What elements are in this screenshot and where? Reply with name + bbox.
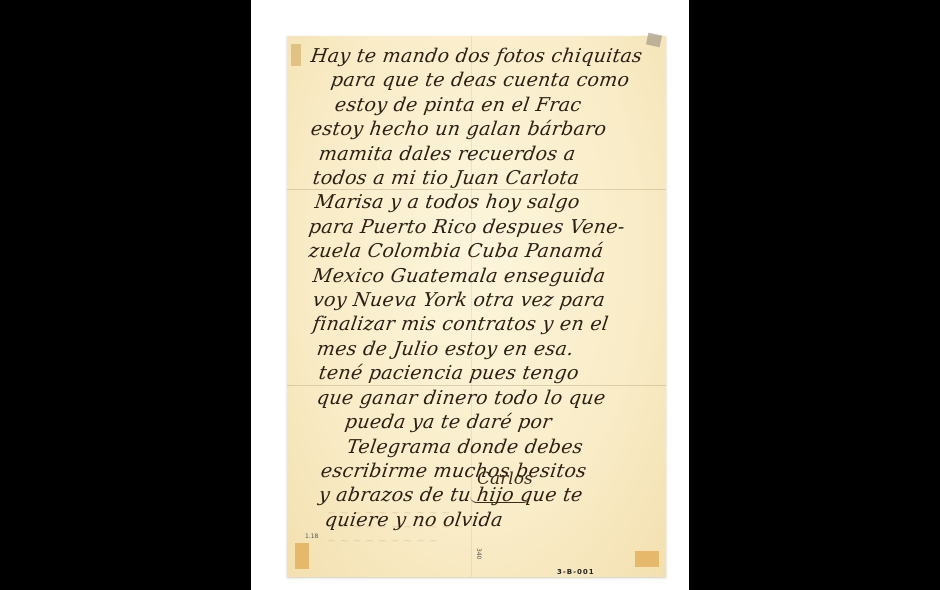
signature-underline — [470, 496, 530, 503]
letter-line: voy Nueva York otra vez para — [307, 288, 660, 312]
letter-line: estoy hecho un galan bárbaro — [307, 117, 660, 141]
letter-line: estoy de pinta en el Frac — [307, 93, 660, 117]
letter-line: para que te deas cuenta como — [307, 68, 660, 92]
letter-line: Mexico Guatemala enseguida — [307, 264, 660, 288]
letter-line: pueda ya te daré por — [307, 410, 660, 434]
margin-mark-center: 340 — [475, 548, 482, 559]
letter-paper: ~ ~ ~ ~ ~ ~ ~ ~ ~ ~ ~ ~ ~ ~ ~ ~ ~ ~ ~ ~ … — [287, 36, 666, 577]
catalog-number: 3-B-001 — [557, 568, 595, 576]
letter-line: zuela Colombia Cuba Panamá — [307, 239, 660, 263]
tape-bottom-left — [295, 543, 309, 569]
letter-line: para Puerto Rico despues Vene- — [307, 215, 660, 239]
letter-line: que ganar dinero todo lo que — [307, 386, 660, 410]
letter-line: Marisa y a todos hoy salgo — [307, 190, 660, 214]
letter-line: Telegrama donde debes — [307, 435, 660, 459]
letter-line: Hay te mando dos fotos chiquitas — [307, 44, 660, 68]
signature: Carlos — [477, 469, 533, 489]
letter-line: quiere y no olvida — [307, 508, 660, 532]
letter-body: Hay te mando dos fotos chiquitas para qu… — [309, 44, 659, 532]
margin-mark-left: 1.18 — [305, 533, 318, 540]
letter-line: finalizar mis contratos y en el — [307, 312, 660, 336]
letter-line: mes de Julio estoy en esa. — [307, 337, 660, 361]
letter-line: todos a mi tio Juan Carlota — [307, 166, 660, 190]
letter-line: mamita dales recuerdos a — [307, 142, 660, 166]
letter-line: tené paciencia pues tengo — [307, 361, 660, 385]
tape-top-left — [291, 44, 301, 66]
tape-bottom-right — [635, 551, 659, 567]
